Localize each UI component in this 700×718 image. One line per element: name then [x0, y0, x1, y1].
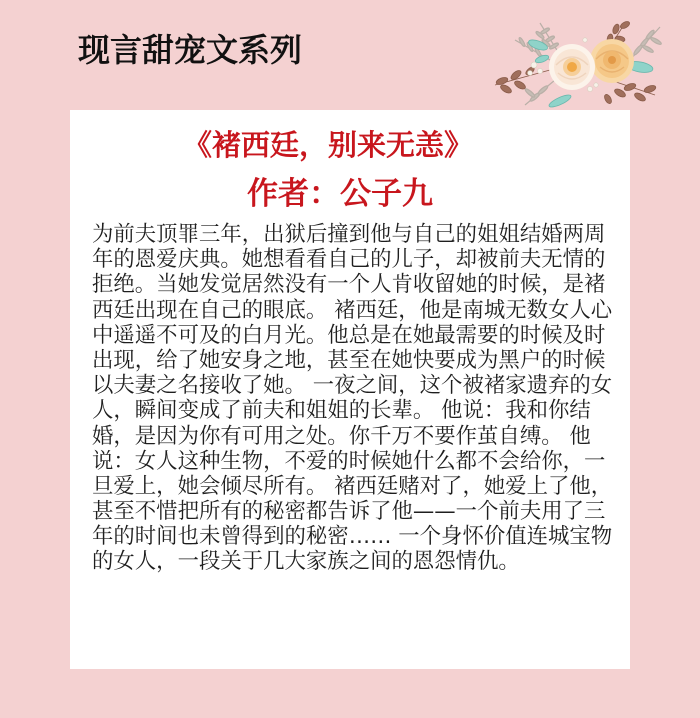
synopsis-text: 为前夫顶罪三年，出狱后撞到他与自己的姐姐结婚两周 年的恩爱庆典。她想看看自己的儿… [92, 222, 612, 575]
synopsis-line: 拒绝。当她发觉居然没有一个人肯收留她的时候，是褚 [92, 272, 612, 297]
author-line: 作者：公子九 [247, 179, 433, 210]
synopsis-line: 婚，是因为你有可用之处。你千万不要作茧自缚。 他 [92, 424, 612, 449]
synopsis-line: 西廷出现在自己的眼底。 褚西廷，他是南城无数女人心 [92, 298, 612, 323]
synopsis-line: 旦爱上，她会倾尽所有。 褚西廷赌对了，她爱上了他， [92, 474, 612, 499]
synopsis-line: 甚至不惜把所有的秘密都告诉了他——一个前夫用了三 [92, 499, 612, 524]
synopsis-line: 以夫妻之名接收了她。 一夜之间，这个被褚家遗弃的女 [92, 373, 612, 398]
synopsis-line: 为前夫顶罪三年，出狱后撞到他与自己的姐姐结婚两周 [92, 222, 612, 247]
synopsis-line: 年的恩爱庆典。她想看看自己的儿子，却被前夫无情的 [92, 247, 612, 272]
synopsis-card: 《褚西廷，别来无恙》 作者：公子九 为前夫顶罪三年，出狱后撞到他与自己的姐姐结婚… [70, 110, 630, 669]
synopsis-line: 年的时间也未曾得到的秘密…… 一个身怀价值连城宝物 [92, 524, 612, 549]
book-title: 《褚西廷，别来无恙》 [183, 131, 473, 160]
synopsis-line: 人，瞬间变成了前夫和姐姐的长辈。 他说：我和你结 [92, 398, 612, 423]
series-title: 现言甜宠文系列 [78, 34, 302, 66]
synopsis-line: 中遥遥不可及的白月光。他总是在她最需要的时候及时 [92, 323, 612, 348]
floral-bouquet-icon [490, 15, 670, 110]
synopsis-line: 出现，给了她安身之地，甚至在她快要成为黑户的时候 [92, 348, 612, 373]
synopsis-line: 说：女人这种生物，不爱的时候她什么都不会给你，一 [92, 449, 612, 474]
synopsis-line: 的女人，一段关于几大家族之间的恩怨情仇。 [92, 549, 612, 574]
